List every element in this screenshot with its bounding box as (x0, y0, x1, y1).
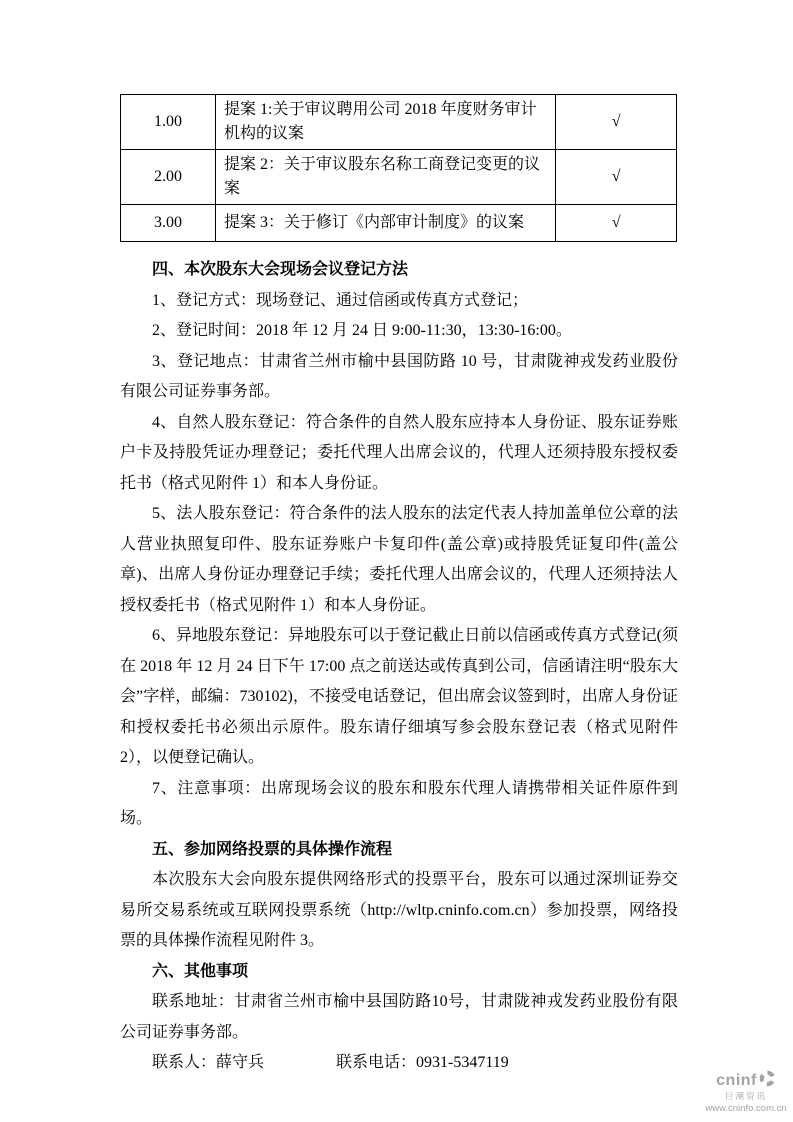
registration-item-4: 4、自然人股东登记：符合条件的自然人股东应持本人身份证、股东证券账户卡及持股凭证… (120, 408, 678, 500)
registration-item-3: 3、登记地点：甘肃省兰州市榆中县国防路 10 号，甘肃陇神戎发药业股份有限公司证… (120, 347, 678, 408)
section-heading-registration: 四、本次股东大会现场会议登记方法 (120, 255, 678, 286)
cninfo-chinese-name: 巨潮资讯 (703, 1092, 789, 1101)
contact-line: 联系人：薛守兵联系电话：0931-5347119 (120, 1048, 678, 1079)
registration-item-5: 5、法人股东登记：符合条件的法人股东的法定代表人持加盖单位公章的法人营业执照复印… (120, 499, 678, 621)
vote-checkmark: √ (556, 150, 677, 205)
cninfo-url: www.cninfo.com.cn (703, 1104, 789, 1114)
document-content: 1.00 提案 1:关于审议聘用公司 2018 年度财务审计机构的议案 √ 2.… (120, 94, 678, 1079)
registration-item-6: 6、异地股东登记：异地股东可以于登记截止日前以信函或传真方式登记(须在 2018… (120, 621, 678, 774)
vote-checkmark: √ (556, 205, 677, 242)
contact-person: 联系人：薛守兵 (152, 1054, 264, 1071)
proposal-code: 3.00 (121, 205, 216, 242)
proposal-code: 2.00 (121, 150, 216, 205)
proposal-code: 1.00 (121, 95, 216, 150)
proposal-title: 提案 1:关于审议聘用公司 2018 年度财务审计机构的议案 (216, 95, 556, 150)
cninfo-swirl-icon (759, 1070, 776, 1092)
table-row: 1.00 提案 1:关于审议聘用公司 2018 年度财务审计机构的议案 √ (121, 95, 677, 150)
section-heading-other-matters: 六、其他事项 (120, 957, 678, 988)
proposal-vote-table: 1.00 提案 1:关于审议聘用公司 2018 年度财务审计机构的议案 √ 2.… (120, 94, 677, 242)
cninfo-logo-row: cninf (703, 1070, 789, 1092)
section-heading-online-voting: 五、参加网络投票的具体操作流程 (120, 835, 678, 866)
document-body: 四、本次股东大会现场会议登记方法 1、登记方式：现场登记、通过信函或传真方式登记… (120, 255, 678, 1079)
online-voting-paragraph: 本次股东大会向股东提供网络形式的投票平台，股东可以通过深圳证券交易所交易系统或互… (120, 865, 678, 957)
proposal-title: 提案 2：关于审议股东名称工商登记变更的议案 (216, 150, 556, 205)
registration-item-2: 2、登记时间：2018 年 12 月 24 日 9:00-11:30，13:30… (120, 316, 678, 347)
table-row: 2.00 提案 2：关于审议股东名称工商登记变更的议案 √ (121, 150, 677, 205)
contact-phone: 联系电话：0931-5347119 (336, 1054, 509, 1071)
vote-checkmark: √ (556, 95, 677, 150)
table-row: 3.00 提案 3：关于修订《内部审计制度》的议案 √ (121, 205, 677, 242)
document-page: 1.00 提案 1:关于审议聘用公司 2018 年度财务审计机构的议案 √ 2.… (0, 0, 793, 1122)
contact-address: 联系地址：甘肃省兰州市榆中县国防路10号，甘肃陇神戎发药业股份有限公司证券事务部… (120, 987, 678, 1048)
proposal-title: 提案 3：关于修订《内部审计制度》的议案 (216, 205, 556, 242)
cninfo-watermark: cninf 巨潮资讯 www.cninfo.com.cn (703, 1070, 789, 1114)
cninfo-logo-text: cninf (716, 1072, 757, 1090)
registration-item-7: 7、注意事项：出席现场会议的股东和股东代理人请携带相关证件原件到场。 (120, 774, 678, 835)
registration-item-1: 1、登记方式：现场登记、通过信函或传真方式登记； (120, 286, 678, 317)
